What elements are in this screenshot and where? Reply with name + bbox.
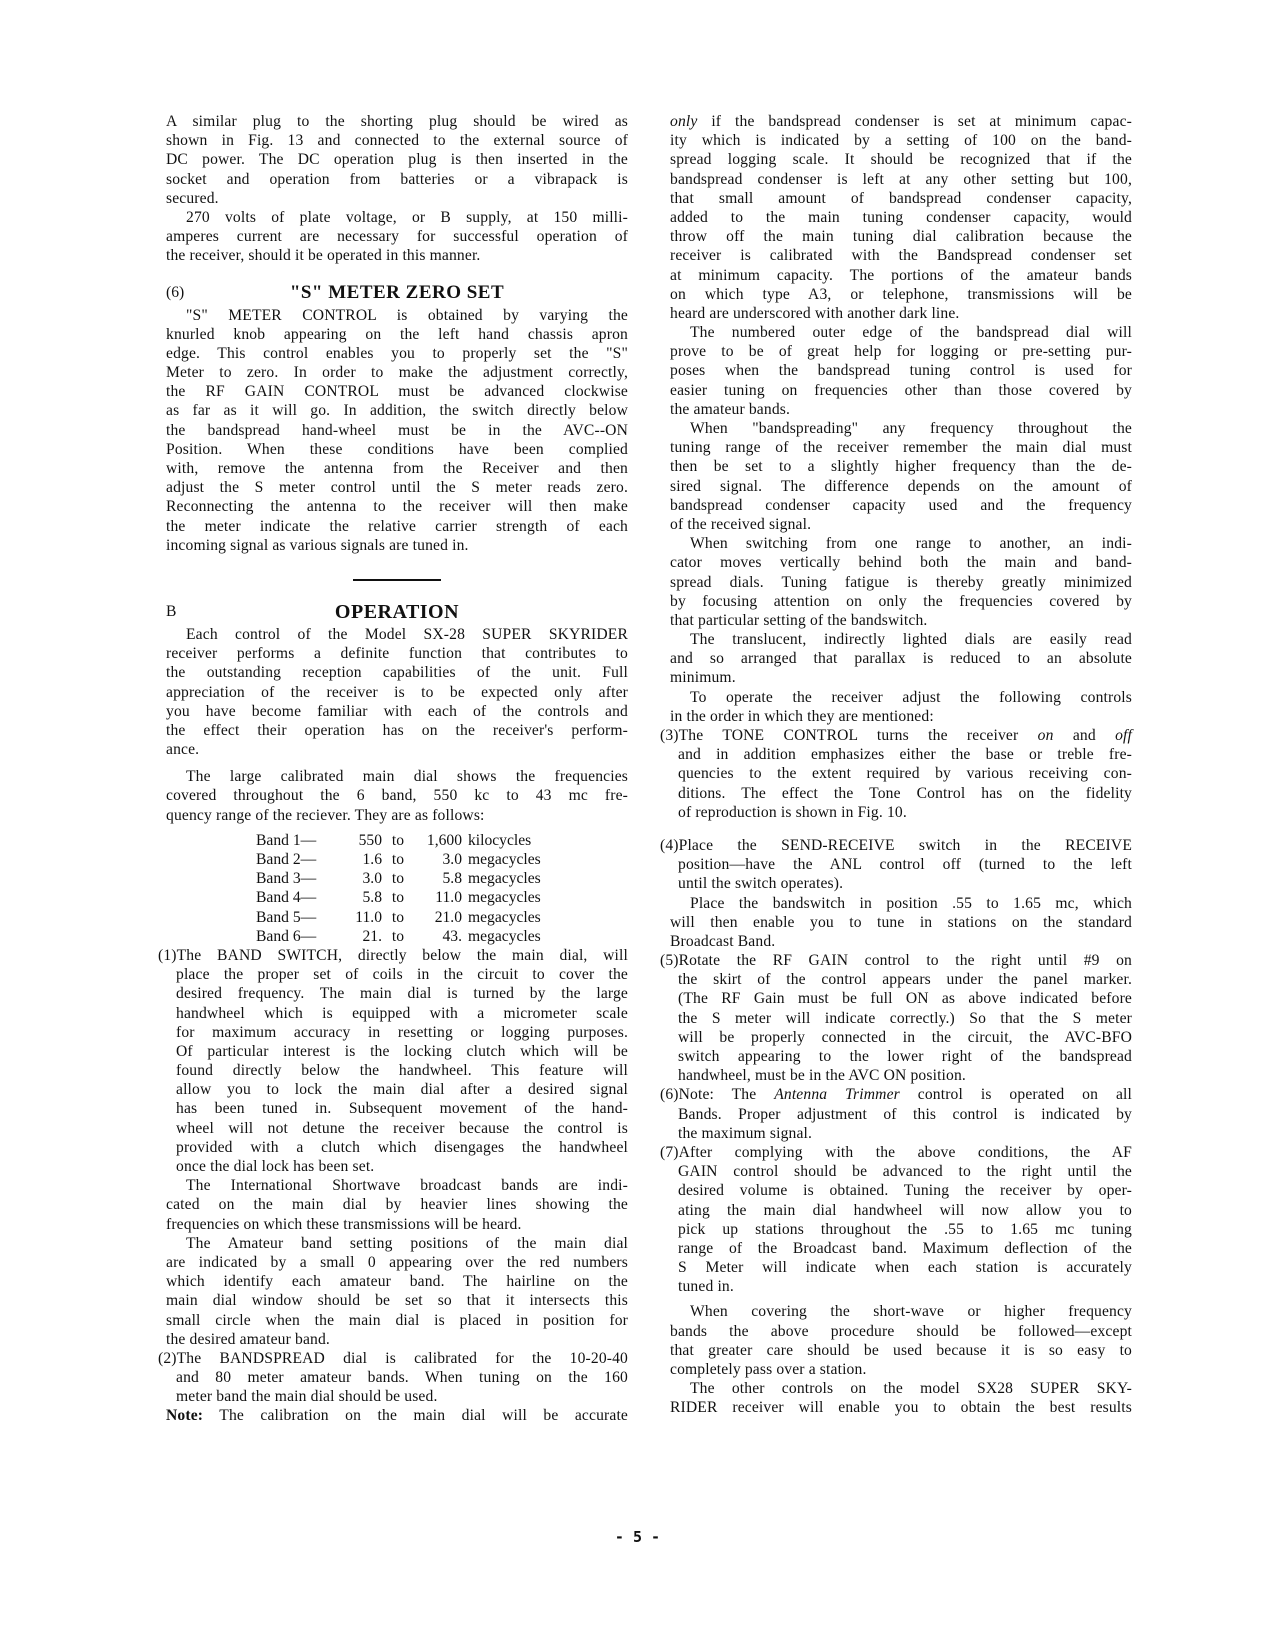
- text-line: the effect their operation has on the re…: [166, 721, 628, 740]
- text-line: bandspread condenser capacity used and t…: [670, 496, 1132, 515]
- note-text: The calibration on the main dial will be…: [203, 1407, 628, 1424]
- text-line: the maximum signal.: [660, 1124, 1132, 1143]
- text-line: (2)The BANDSPREAD dial is calibrated for…: [158, 1349, 628, 1368]
- band-name: Band 2—: [256, 850, 326, 869]
- text-line: Each control of the Model SX-28 SUPER SK…: [166, 625, 628, 644]
- text-line: only if the bandspread condenser is set …: [670, 112, 1132, 131]
- band-name: Band 6—: [256, 927, 326, 946]
- text-line: (5)Rotate the RF GAIN control to the rig…: [660, 951, 1132, 970]
- band-from: 550: [326, 831, 382, 850]
- text-line: ating the main dial handwheel will now a…: [660, 1201, 1132, 1220]
- text-line: secured.: [166, 189, 628, 208]
- text-line: handwheel which is equipped with a micro…: [158, 1004, 628, 1023]
- band-to: to: [382, 927, 414, 946]
- amateur-band-paragraph: The Amateur band setting positions of th…: [166, 1234, 628, 1349]
- text-line: the bandspread hand-wheel must be in the…: [166, 421, 628, 440]
- text-line: you have become familiar with each of th…: [166, 702, 628, 721]
- band-to: to: [382, 908, 414, 927]
- band-from: 1.6: [326, 850, 382, 869]
- text-line: (6)Note: The Antenna Trimmer control is …: [660, 1085, 1132, 1104]
- text-line: completely pass over a station.: [670, 1360, 1132, 1379]
- text-line: with, remove the antenna from the Receiv…: [166, 459, 628, 478]
- text-line: has been tuned in. Subsequent movement o…: [158, 1099, 628, 1118]
- text-line: Of particular interest is the locking cl…: [158, 1042, 628, 1061]
- tone-control-paragraph: (3)The TONE CONTROL turns the receiver o…: [660, 726, 1132, 822]
- antenna-trimmer-term: Antenna Trimmer: [774, 1086, 900, 1103]
- band-to: to: [382, 888, 414, 907]
- band-end: 11.0: [414, 888, 462, 907]
- text-line: S Meter will indicate when each station …: [660, 1258, 1132, 1277]
- text-line: ance.: [166, 740, 628, 759]
- section-title: "S" METER ZERO SET: [166, 280, 628, 306]
- only-word: only: [670, 113, 697, 130]
- text-fragment: if the bandspread condenser is set at mi…: [697, 113, 1132, 130]
- text-line: When switching from one range to another…: [670, 534, 1132, 553]
- text-line: that particular setting of the bandswitc…: [670, 611, 1132, 630]
- main-dial-paragraph: The large calibrated main dial shows the…: [166, 767, 628, 825]
- rf-gain-paragraph: (5)Rotate the RF GAIN control to the rig…: [660, 951, 1132, 1085]
- text-line: The translucent, indirectly lighted dial…: [670, 630, 1132, 649]
- text-line: quencies to the extent required by vario…: [660, 764, 1132, 783]
- text-line: place the proper set of coils in the cir…: [158, 965, 628, 984]
- band-unit: megacycles: [462, 927, 541, 946]
- text-line: of reproduction is shown in Fig. 10.: [660, 803, 1132, 822]
- text-line: quency range of the reciever. They are a…: [166, 806, 628, 825]
- text-line: shown in Fig. 13 and connected to the ex…: [166, 131, 628, 150]
- text-line: ity which is indicated by a setting of 1…: [670, 131, 1132, 150]
- text-line: range of the Broadcast band. Maximum def…: [660, 1239, 1132, 1258]
- text-line: GAIN control should be advanced to the r…: [660, 1162, 1132, 1181]
- bandswitch-position-paragraph: Place the bandswitch in position .55 to …: [670, 894, 1132, 952]
- af-gain-paragraph: (7)After complying with the above condit…: [660, 1143, 1132, 1297]
- text-line: bands the above procedure should be foll…: [670, 1322, 1132, 1341]
- text-line: minimum.: [670, 668, 1132, 687]
- text-line: are indicated by a small 0 appearing ove…: [166, 1253, 628, 1272]
- calibration-paragraph: only if the bandspread condenser is set …: [670, 112, 1132, 323]
- off-word: off: [1115, 727, 1132, 744]
- band-table: Band 1— 550 to 1,600 kilocycles Band 2— …: [256, 831, 628, 946]
- text-line: When covering the short-wave or higher f…: [670, 1302, 1132, 1321]
- text-line: The large calibrated main dial shows the…: [166, 767, 628, 786]
- text-line: (4)Place the SEND-RECEIVE switch in the …: [660, 836, 1132, 855]
- text-line: which identify each amateur band. The ha…: [166, 1272, 628, 1291]
- text-fragment: (3)The TONE CONTROL turns the receiver: [660, 727, 1038, 744]
- text-line: (1)The BAND SWITCH, directly below the m…: [158, 946, 628, 965]
- band-name: Band 1—: [256, 831, 326, 850]
- band-row: Band 4— 5.8 to 11.0 megacycles: [256, 888, 628, 907]
- antenna-note-paragraph: (6)Note: The Antenna Trimmer control is …: [660, 1085, 1132, 1143]
- s-meter-paragraph: "S" METER CONTROL is obtained by varying…: [166, 306, 628, 555]
- text-line: and in addition emphasizes either the ba…: [660, 745, 1132, 764]
- text-line: provided with a clutch which disengages …: [158, 1138, 628, 1157]
- intl-shortwave-paragraph: The International Shortwave broadcast ba…: [166, 1176, 628, 1234]
- section-heading-s-meter: (6) "S" METER ZERO SET: [166, 280, 628, 306]
- bandspreading-paragraph: When "bandspreading" any frequency throu…: [670, 419, 1132, 534]
- switching-paragraph: When switching from one range to another…: [670, 534, 1132, 630]
- text-line: meter band the main dial should be used.: [158, 1387, 628, 1406]
- text-line: Meter to zero. In order to make the adju…: [166, 363, 628, 382]
- band-end: 1,600: [414, 831, 462, 850]
- left-column: A similar plug to the shorting plug shou…: [166, 112, 628, 1426]
- band-name: Band 3—: [256, 869, 326, 888]
- note-label: Note:: [166, 1407, 203, 1424]
- operation-paragraph: Each control of the Model SX-28 SUPER SK…: [166, 625, 628, 759]
- section-heading-operation: B OPERATION: [166, 599, 628, 625]
- band-end: 3.0: [414, 850, 462, 869]
- band-end: 43.: [414, 927, 462, 946]
- text-line: found directly below the handwheel. This…: [158, 1061, 628, 1080]
- text-line: socket and operation from batteries or a…: [166, 170, 628, 189]
- text-line: The Amateur band setting positions of th…: [166, 1234, 628, 1253]
- text-line: Position. When these conditions have bee…: [166, 440, 628, 459]
- text-line: appreciation of the receiver is to be ex…: [166, 683, 628, 702]
- text-line: that small amount of bandspread condense…: [670, 189, 1132, 208]
- text-line: the desired amateur band.: [166, 1330, 628, 1349]
- text-line: edge. This control enables you to proper…: [166, 344, 628, 363]
- band-unit: megacycles: [462, 850, 541, 869]
- text-line: of the received signal.: [670, 515, 1132, 534]
- text-line: as far as it will go. In addition, the s…: [166, 401, 628, 420]
- band-row: Band 3— 3.0 to 5.8 megacycles: [256, 869, 628, 888]
- text-line: tuning range of the receiver remember th…: [670, 438, 1132, 457]
- band-row: Band 5— 11.0 to 21.0 megacycles: [256, 908, 628, 927]
- text-line: (The RF Gain must be full ON as above in…: [660, 989, 1132, 1008]
- band-unit: kilocycles: [462, 831, 531, 850]
- text-line: tuned in.: [660, 1277, 1132, 1296]
- send-receive-paragraph: (4)Place the SEND-RECEIVE switch in the …: [660, 836, 1132, 894]
- text-line: small circle when the main dial is place…: [166, 1311, 628, 1330]
- band-from: 3.0: [326, 869, 382, 888]
- text-line: and so arranged that parallax is reduced…: [670, 649, 1132, 668]
- text-line: the S meter will indicate correctly.) So…: [660, 1009, 1132, 1028]
- band-from: 11.0: [326, 908, 382, 927]
- band-to: to: [382, 850, 414, 869]
- section-title: OPERATION: [166, 599, 628, 625]
- text-line: position—have the ANL control off (turne…: [660, 855, 1132, 874]
- numbered-edge-paragraph: The numbered outer edge of the bandsprea…: [670, 323, 1132, 419]
- band-name: Band 4—: [256, 888, 326, 907]
- text-line: prove to be of great help for logging or…: [670, 342, 1132, 361]
- text-line: by focusing attention on only the freque…: [670, 592, 1132, 611]
- text-line: cator moves vertically behind both the m…: [670, 553, 1132, 572]
- text-line: switch appearing to the lower right of t…: [660, 1047, 1132, 1066]
- text-line: desired frequency. The main dial is turn…: [158, 984, 628, 1003]
- text-line: handwheel, must be in the AVC ON positio…: [660, 1066, 1132, 1085]
- text-line: ditions. The effect the Tone Control has…: [660, 784, 1132, 803]
- band-end: 21.0: [414, 908, 462, 927]
- band-from: 21.: [326, 927, 382, 946]
- text-line: for maximum accuracy in resetting or log…: [158, 1023, 628, 1042]
- right-column: only if the bandspread condenser is set …: [670, 112, 1132, 1418]
- text-line: at minimum capacity. The portions of the…: [670, 266, 1132, 285]
- text-line: RIDER receiver will enable you to obtain…: [670, 1398, 1132, 1417]
- text-line: the RF GAIN CONTROL must be advanced clo…: [166, 382, 628, 401]
- text-line: once the dial lock has been set.: [158, 1157, 628, 1176]
- intro-paragraph: A similar plug to the shorting plug shou…: [166, 112, 628, 208]
- text-line: in the order in which they are mentioned…: [670, 707, 1132, 726]
- other-controls-paragraph: The other controls on the model SX28 SUP…: [670, 1379, 1132, 1417]
- text-line: wheel will not detune the receiver becau…: [158, 1119, 628, 1138]
- text-line: Reconnecting the antenna to the receiver…: [166, 497, 628, 516]
- band-to: to: [382, 869, 414, 888]
- text-line: throw off the main tuning dial calibrati…: [670, 227, 1132, 246]
- text-line: amperes current are necessary for succes…: [166, 227, 628, 246]
- text-line: The International Shortwave broadcast ba…: [166, 1176, 628, 1195]
- text-line: receiver is calibrated with the Bandspre…: [670, 246, 1132, 265]
- shortwave-paragraph: When covering the short-wave or higher f…: [670, 1302, 1132, 1379]
- band-unit: megacycles: [462, 908, 541, 927]
- text-line: will be properly connected in the circui…: [660, 1028, 1132, 1047]
- text-line: sired signal. The difference depends on …: [670, 477, 1132, 496]
- text-line: that greater care should be used because…: [670, 1341, 1132, 1360]
- text-line: will then enable you to tune in stations…: [670, 913, 1132, 932]
- text-line: receiver performs a definite function th…: [166, 644, 628, 663]
- text-line: 270 volts of plate voltage, or B supply,…: [166, 208, 628, 227]
- text-line: To operate the receiver adjust the follo…: [670, 688, 1132, 707]
- band-end: 5.8: [414, 869, 462, 888]
- text-line: added to the main tuning condenser capac…: [670, 208, 1132, 227]
- band-switch-paragraph: (1)The BAND SWITCH, directly below the m…: [158, 946, 628, 1176]
- band-unit: megacycles: [462, 869, 541, 888]
- text-line: DC power. The DC operation plug is then …: [166, 150, 628, 169]
- text-line: bandspread condenser is left at any othe…: [670, 170, 1132, 189]
- text-line: main dial window should be set so that i…: [166, 1291, 628, 1310]
- text-line: covered throughout the 6 band, 550 kc to…: [166, 786, 628, 805]
- text-line: Broadcast Band.: [670, 932, 1132, 951]
- on-word: on: [1038, 727, 1054, 744]
- text-line: pick up stations throughout the .55 to 1…: [660, 1220, 1132, 1239]
- text-line: incoming signal as various signals are t…: [166, 536, 628, 555]
- text-line: cated on the main dial by heavier lines …: [166, 1195, 628, 1214]
- text-line: (7)After complying with the above condit…: [660, 1143, 1132, 1162]
- text-line: The other controls on the model SX28 SUP…: [670, 1379, 1132, 1398]
- band-name: Band 5—: [256, 908, 326, 927]
- band-row: Band 2— 1.6 to 3.0 megacycles: [256, 850, 628, 869]
- band-row: Band 1— 550 to 1,600 kilocycles: [256, 831, 628, 850]
- band-unit: megacycles: [462, 888, 541, 907]
- text-line: (3)The TONE CONTROL turns the receiver o…: [660, 726, 1132, 745]
- text-fragment: and: [1054, 727, 1116, 744]
- text-line: When "bandspreading" any frequency throu…: [670, 419, 1132, 438]
- note-line: Note: The calibration on the main dial w…: [166, 1406, 628, 1425]
- text-line: and 80 meter amateur bands. When tuning …: [158, 1368, 628, 1387]
- text-line: allow you to lock the main dial after a …: [158, 1080, 628, 1099]
- text-fragment: (6)Note: The: [660, 1086, 774, 1103]
- bandspread-paragraph: (2)The BANDSPREAD dial is calibrated for…: [158, 1349, 628, 1407]
- band-row: Band 6— 21. to 43. megacycles: [256, 927, 628, 946]
- text-line: "S" METER CONTROL is obtained by varying…: [166, 306, 628, 325]
- text-line: then be set to a slightly higher frequen…: [670, 457, 1132, 476]
- page-number: - 5 -: [0, 1528, 1275, 1546]
- text-line: the outstanding reception capabilities o…: [166, 663, 628, 682]
- text-line: poses when the bandspread tuning control…: [670, 361, 1132, 380]
- text-line: the meter indicate the relative carrier …: [166, 517, 628, 536]
- text-line: until the switch operates).: [660, 874, 1132, 893]
- text-fragment: control is operated on all: [900, 1086, 1132, 1103]
- text-line: desired volume is obtained. Tuning the r…: [660, 1181, 1132, 1200]
- text-line: Bands. Proper adjustment of this control…: [660, 1105, 1132, 1124]
- band-to: to: [382, 831, 414, 850]
- translucent-paragraph: The translucent, indirectly lighted dial…: [670, 630, 1132, 688]
- text-line: on which type A3, or telephone, transmis…: [670, 285, 1132, 304]
- text-line: the skirt of the control appears under t…: [660, 970, 1132, 989]
- text-line: frequencies on which these transmissions…: [166, 1215, 628, 1234]
- band-from: 5.8: [326, 888, 382, 907]
- text-line: easier tuning on frequencies other than …: [670, 381, 1132, 400]
- text-line: spread dials. Tuning fatigue is thereby …: [670, 573, 1132, 592]
- text-line: Place the bandswitch in position .55 to …: [670, 894, 1132, 913]
- text-line: spread logging scale. It should be recog…: [670, 150, 1132, 169]
- text-line: A similar plug to the shorting plug shou…: [166, 112, 628, 131]
- text-line: The numbered outer edge of the bandsprea…: [670, 323, 1132, 342]
- text-line: the amateur bands.: [670, 400, 1132, 419]
- text-line: adjust the S meter control until the S m…: [166, 478, 628, 497]
- text-line: heard are underscored with another dark …: [670, 304, 1132, 323]
- operate-paragraph: To operate the receiver adjust the follo…: [670, 688, 1132, 726]
- voltage-paragraph: 270 volts of plate voltage, or B supply,…: [166, 208, 628, 266]
- text-line: the receiver, should it be operated in t…: [166, 246, 628, 265]
- text-line: knurled knob appearing on the left hand …: [166, 325, 628, 344]
